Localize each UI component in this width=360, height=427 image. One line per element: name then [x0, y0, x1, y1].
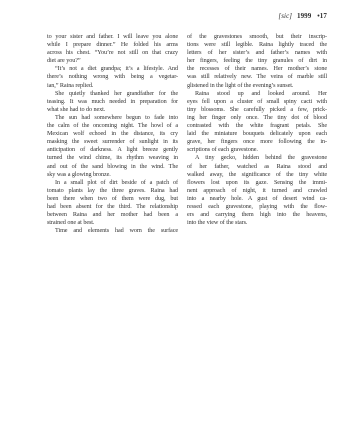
text-line: tomato plants lay the three graves. Rain… — [47, 187, 178, 195]
text-line: anticipation of darkness. A light breeze… — [47, 146, 178, 154]
text-line: walked away, the significance of the tin… — [187, 171, 327, 179]
text-line: across his chest. “You’re not still on t… — [47, 49, 178, 57]
text-line: masking the sweet surrender of sunlight … — [47, 138, 178, 146]
text-line: to your sister and father. I will leave … — [47, 33, 178, 41]
text-line: A tiny gecko, hidden behind the gravesto… — [187, 154, 327, 162]
text-line: ing her finger only once. The tiny dot o… — [187, 114, 327, 122]
text-line: letters of her sister’s and father’s nam… — [187, 49, 327, 57]
text-line: strained one at best. — [47, 219, 178, 227]
text-line: while I prepare dinner.” He folded his a… — [47, 41, 178, 49]
text-line: laid the miniature bouquets delicately u… — [187, 130, 327, 138]
text-line: ers and carrying them high into the heav… — [187, 211, 327, 219]
text-line: teasing. It was much needed in preparati… — [47, 98, 178, 106]
text-line: eyes fell upon a cluster of small spiny … — [187, 98, 327, 106]
text-line: nent approach of night, it turned and cr… — [187, 187, 327, 195]
text-line: sky was a glowing bronze. — [47, 171, 178, 179]
text-line: of her father, watched as Raina stood an… — [187, 163, 327, 171]
text-line: In a small plot of dirt beside of a patc… — [47, 179, 178, 187]
text-column-right: of the gravestones smooth, but their ins… — [187, 33, 327, 235]
text-line: diet are you?” — [47, 57, 178, 65]
text-line: was still relatively new. The veins of m… — [187, 73, 327, 81]
header-year: 1999 — [297, 12, 311, 20]
text-line: glistened in the light of the evening’s … — [187, 82, 327, 90]
text-columns: to your sister and father. I will leave … — [47, 33, 327, 235]
text-line: “It’s not a diet grandpa; it’s a lifesty… — [47, 65, 178, 73]
text-line: been there when two of them were dug, bu… — [47, 195, 178, 203]
journal-title: [sic] — [278, 12, 292, 20]
text-line: turned the wind chime, its rhythm weavin… — [47, 154, 178, 162]
text-line: The sun had somewhere begun to fade into — [47, 114, 178, 122]
text-line: the recesses of their names. Her mother’… — [187, 65, 327, 73]
text-line: Time and elements had worn the surface — [47, 227, 178, 235]
text-line: flowers lost upon its gaze. Sensing the … — [187, 179, 327, 187]
text-line: ian,” Raina replied. — [47, 82, 178, 90]
text-line: Mexican wolf echoed in the distance, its… — [47, 130, 178, 138]
text-line: scriptions of each gravestone. — [187, 146, 327, 154]
text-line: contrasted with the white fragrant petal… — [187, 122, 327, 130]
page-header: [sic] 1999 •17 — [0, 12, 327, 20]
text-line: She quietly thanked her grandfather for … — [47, 90, 178, 98]
text-column-left: to your sister and father. I will leave … — [47, 33, 178, 235]
text-line: her fingers, feeling the tiny granules o… — [187, 57, 327, 65]
text-line: the calm of the oncoming night. The howl… — [47, 122, 178, 130]
text-line: tiny blossoms. She carefully picked a fe… — [187, 106, 327, 114]
text-line: Raina stood up and looked around. Her — [187, 90, 327, 98]
text-line: and out of the sand blowing in the wind.… — [47, 163, 178, 171]
text-line: into a nearby hole. A gust of desert win… — [187, 195, 327, 203]
text-line: into the view of the stars. — [187, 219, 327, 227]
text-line: of the gravestones smooth, but their ins… — [187, 33, 327, 41]
text-line: there’s nothing wrong with being a veget… — [47, 73, 178, 81]
text-line: tions were still legible. Raina lightly … — [187, 41, 327, 49]
text-line: between Raina and her mother had been a — [47, 211, 178, 219]
text-line: grave, her fingers once more following t… — [187, 138, 327, 146]
text-line: had been absent for the third. The relat… — [47, 203, 178, 211]
text-line: what she had to do next. — [47, 106, 178, 114]
document-page: [sic] 1999 •17 to your sister and father… — [0, 0, 360, 427]
text-line: ressed each gravestone, playing with the… — [187, 203, 327, 211]
header-page-number: •17 — [317, 12, 327, 20]
